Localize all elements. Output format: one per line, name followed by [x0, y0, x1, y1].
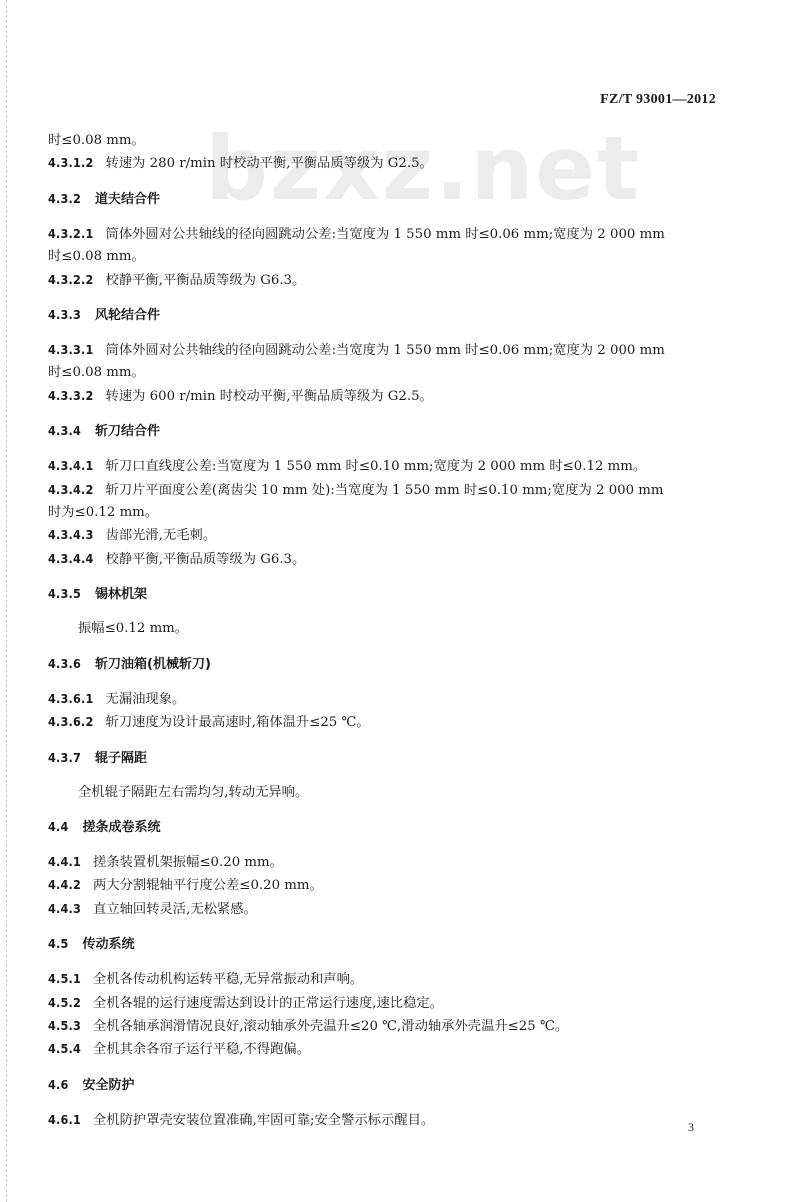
clause-number: 4.3.2.2 [48, 269, 94, 291]
clause-text: 斩刀片平面度公差(离齿尖 10 mm 处):当宽度为 1 550 mm 时≤0.… [106, 483, 664, 498]
clause-line: 全机辊子隔距左右需均匀,转动无异响。 [48, 782, 728, 804]
clause-line: 4.4.3直立轴回转灵活,无松紧感。 [48, 898, 728, 921]
clause-line: 4.4.1搓条装置机架振幅≤0.20 mm。 [48, 851, 728, 874]
clause-number: 4.3.4.2 [48, 479, 94, 501]
clause-number: 4.3.7 [48, 747, 81, 769]
clause-number: 4.3.4 [48, 420, 81, 442]
clause-number: 4.5.1 [48, 968, 81, 990]
clause-line: 4.6.1全机防护罩壳安装位置准确,牢固可靠;安全警示标示醒目。 [48, 1109, 728, 1132]
clause-line: 4.5.4全机其余各帘子运行平稳,不得跑偏。 [48, 1038, 728, 1061]
clause-number: 4.4.2 [48, 874, 81, 896]
heading-text: 搓条成卷系统 [83, 820, 161, 835]
clause-number: 4.4 [48, 816, 69, 838]
clause-line: 4.3.2.1筒体外圆对公共轴线的径向圆跳动公差:当宽度为 1 550 mm 时… [48, 223, 728, 246]
clause-number: 4.3.2.1 [48, 223, 94, 245]
clause-text: 全机各辊的运行速度需达到设计的正常运行速度,速比稳定。 [93, 996, 443, 1011]
clause-line: 4.3.6.1无漏油现象。 [48, 688, 728, 711]
clause-line: 4.3.2.2校静平衡,平衡品质等级为 G6.3。 [48, 269, 728, 292]
clause-text: 时≤0.08 mm。 [48, 249, 145, 264]
clause-text: 斩刀口直线度公差:当宽度为 1 550 mm 时≤0.10 mm;宽度为 2 0… [106, 459, 647, 474]
clause-text: 全机各轴承润滑情况良好,滚动轴承外壳温升≤20 ℃,滑动轴承外壳温升≤25 ℃。 [93, 1019, 568, 1034]
heading-text: 斩刀结合件 [95, 424, 160, 439]
clause-text: 全机其余各帘子运行平稳,不得跑偏。 [93, 1042, 310, 1057]
clause-line: 4.5.2全机各辊的运行速度需达到设计的正常运行速度,速比稳定。 [48, 992, 728, 1015]
heading-text: 传动系统 [83, 937, 135, 952]
standard-code-header: FZ/T 93001—2012 [600, 92, 716, 108]
clause-number: 4.3.4.4 [48, 548, 94, 570]
section-heading: 4.3.6斩刀油箱(机械斩刀) [48, 653, 728, 676]
clause-line: 4.3.4.3齿部光滑,无毛刺。 [48, 524, 728, 547]
clause-text: 转速为 600 r/min 时校动平衡,平衡品质等级为 G2.5。 [106, 389, 433, 404]
clause-text: 斩刀速度为设计最高速时,箱体温升≤25 ℃。 [106, 715, 370, 730]
clause-number: 4.3.3.1 [48, 339, 94, 361]
clause-line: 时≤0.08 mm。 [48, 130, 728, 152]
clause-number: 4.3.2 [48, 188, 81, 210]
heading-text: 道夫结合件 [95, 192, 160, 207]
section-heading: 4.4搓条成卷系统 [48, 816, 728, 839]
clause-line: 时≤0.08 mm。 [48, 246, 728, 268]
section-heading: 4.3.3风轮结合件 [48, 304, 728, 327]
clause-text: 时为≤0.12 mm。 [48, 505, 158, 520]
clause-text: 全机各传动机构运转平稳,无异常振动和声响。 [93, 972, 363, 987]
clause-line: 振幅≤0.12 mm。 [48, 618, 728, 640]
section-heading: 4.3.4斩刀结合件 [48, 420, 728, 443]
clause-number: 4.3.6.2 [48, 711, 94, 733]
clause-text: 齿部光滑,无毛刺。 [106, 528, 217, 543]
binding-margin-line [6, 0, 7, 1202]
clause-line: 4.3.4.1斩刀口直线度公差:当宽度为 1 550 mm 时≤0.10 mm;… [48, 455, 728, 478]
clause-line: 4.3.3.1筒体外圆对公共轴线的径向圆跳动公差:当宽度为 1 550 mm 时… [48, 339, 728, 362]
clause-number: 4.6.1 [48, 1109, 81, 1131]
clause-text: 无漏油现象。 [106, 692, 186, 707]
clause-line: 4.5.1全机各传动机构运转平稳,无异常振动和声响。 [48, 968, 728, 991]
clause-text: 时≤0.08 mm。 [48, 365, 145, 380]
clause-number: 4.4.3 [48, 898, 81, 920]
section-heading: 4.3.2道夫结合件 [48, 188, 728, 211]
clause-number: 4.5.3 [48, 1015, 81, 1037]
section-heading: 4.6安全防护 [48, 1074, 728, 1097]
document-body: 时≤0.08 mm。4.3.1.2转速为 280 r/min 时校动平衡,平衡品… [48, 130, 728, 1132]
clause-text: 筒体外圆对公共轴线的径向圆跳动公差:当宽度为 1 550 mm 时≤0.06 m… [106, 343, 665, 358]
clause-text: 全机防护罩壳安装位置准确,牢固可靠;安全警示标示醒目。 [93, 1113, 434, 1128]
clause-text: 校静平衡,平衡品质等级为 G6.3。 [106, 552, 306, 567]
clause-text: 两大分割辊轴平行度公差≤0.20 mm。 [93, 878, 323, 893]
section-heading: 4.3.7辊子隔距 [48, 747, 728, 770]
clause-number: 4.3.3.2 [48, 385, 94, 407]
clause-text: 筒体外圆对公共轴线的径向圆跳动公差:当宽度为 1 550 mm 时≤0.06 m… [106, 227, 665, 242]
clause-number: 4.3.4.3 [48, 524, 94, 546]
clause-number: 4.3.6 [48, 653, 81, 675]
section-heading: 4.5传动系统 [48, 933, 728, 956]
clause-number: 4.3.3 [48, 304, 81, 326]
clause-line: 4.3.4.2斩刀片平面度公差(离齿尖 10 mm 处):当宽度为 1 550 … [48, 479, 728, 502]
clause-text: 转速为 280 r/min 时校动平衡,平衡品质等级为 G2.5。 [106, 156, 433, 171]
heading-text: 锡林机架 [95, 587, 147, 602]
clause-line: 4.3.3.2转速为 600 r/min 时校动平衡,平衡品质等级为 G2.5。 [48, 385, 728, 408]
clause-number: 4.3.4.1 [48, 455, 94, 477]
clause-text: 直立轴回转灵活,无松紧感。 [93, 902, 257, 917]
clause-line: 4.4.2两大分割辊轴平行度公差≤0.20 mm。 [48, 874, 728, 897]
clause-text: 校静平衡,平衡品质等级为 G6.3。 [106, 273, 306, 288]
clause-line: 4.3.4.4校静平衡,平衡品质等级为 G6.3。 [48, 548, 728, 571]
clause-line: 时为≤0.12 mm。 [48, 502, 728, 524]
clause-text: 搓条装置机架振幅≤0.20 mm。 [93, 855, 283, 870]
clause-text: 全机辊子隔距左右需均匀,转动无异响。 [78, 785, 308, 800]
heading-text: 斩刀油箱(机械斩刀) [95, 657, 211, 672]
clause-number: 4.3.6.1 [48, 688, 94, 710]
heading-text: 风轮结合件 [95, 308, 160, 323]
clause-number: 4.5.2 [48, 992, 81, 1014]
clause-number: 4.3.5 [48, 583, 81, 605]
clause-line: 4.3.1.2转速为 280 r/min 时校动平衡,平衡品质等级为 G2.5。 [48, 152, 728, 175]
clause-text: 振幅≤0.12 mm。 [78, 621, 188, 636]
clause-line: 4.3.6.2斩刀速度为设计最高速时,箱体温升≤25 ℃。 [48, 711, 728, 734]
clause-number: 4.5.4 [48, 1038, 81, 1060]
clause-number: 4.4.1 [48, 851, 81, 873]
heading-text: 辊子隔距 [95, 751, 147, 766]
clause-number: 4.5 [48, 933, 69, 955]
clause-number: 4.3.1.2 [48, 152, 94, 174]
section-heading: 4.3.5锡林机架 [48, 583, 728, 606]
clause-line: 4.5.3全机各轴承润滑情况良好,滚动轴承外壳温升≤20 ℃,滑动轴承外壳温升≤… [48, 1015, 728, 1038]
heading-text: 安全防护 [83, 1078, 135, 1093]
clause-text: 时≤0.08 mm。 [48, 133, 145, 148]
clause-line: 时≤0.08 mm。 [48, 362, 728, 384]
clause-number: 4.6 [48, 1074, 69, 1096]
